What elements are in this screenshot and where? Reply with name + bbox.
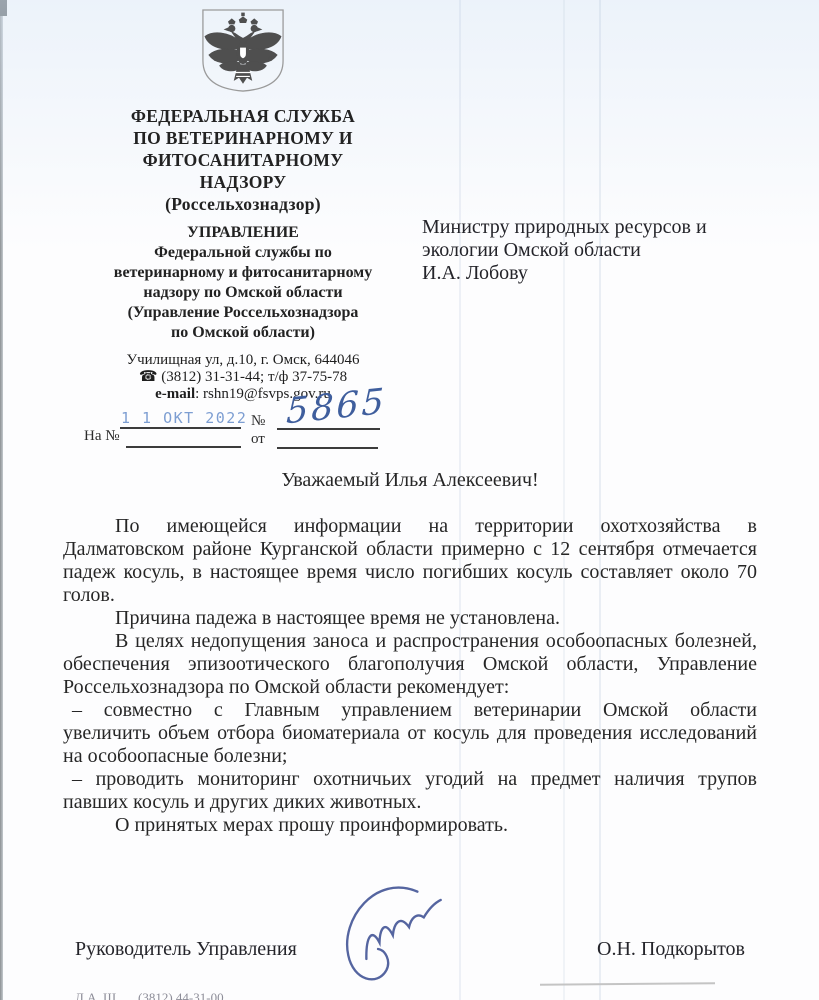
- number-label: №: [251, 413, 265, 430]
- department-line: надзору по Омской области: [75, 283, 411, 303]
- recipient-line: экологии Омской области: [422, 239, 772, 262]
- body-line: обеспечения эпизоотического благополучия…: [63, 653, 757, 676]
- executor-footer: Л.А. Ш: [75, 991, 116, 1000]
- signature-row: Руководитель Управления О.Н. Подкорытов: [75, 938, 745, 961]
- department-line: Федеральной службы по: [75, 243, 411, 263]
- blank-line: [126, 446, 241, 448]
- body-line: По имеющейся информации на территории ох…: [63, 515, 757, 538]
- agency-name: ФЕДЕРАЛЬНАЯ СЛУЖБА ПО ВЕТЕРИНАРНОМУ И ФИ…: [75, 105, 411, 215]
- department-name: УПРАВЛЕНИЕ Федеральной службы по ветерин…: [75, 223, 411, 343]
- agency-line: ПО ВЕТЕРИНАРНОМУ И: [75, 127, 411, 149]
- signer-name: О.Н. Подкорытов: [597, 938, 745, 961]
- letter-body: Уважаемый Илья Алексеевич! По имеющейся …: [63, 469, 757, 837]
- blank-line: [277, 428, 380, 430]
- salutation: Уважаемый Илья Алексеевич!: [63, 469, 757, 492]
- date-stamp: 1 1 ОКТ 2022: [121, 409, 247, 427]
- scan-edge-artifact: [0, 0, 3, 1000]
- letterhead: ФЕДЕРАЛЬНАЯ СЛУЖБА ПО ВЕТЕРИНАРНОМУ И ФИ…: [75, 8, 411, 403]
- recipient-block: Министру природных ресурсов и экологии О…: [422, 216, 772, 285]
- postal-address: Училищная ул, д.10, г. Омск, 644046: [75, 352, 411, 369]
- email-label: e-mail: [155, 386, 195, 402]
- agency-line: ФЕДЕРАЛЬНАЯ СЛУЖБА: [75, 105, 411, 127]
- paragraph: О принятых мерах прошу проинформировать.: [63, 814, 757, 837]
- executor-phone-footer: (3812) 44-31-00: [138, 991, 224, 1000]
- paragraph-bullet: – проводить мониторинг охотничьих угодий…: [63, 768, 757, 814]
- body-line: увеличить объем отбора биоматериала от к…: [63, 722, 757, 745]
- recipient-line: И.А. Лобову: [422, 262, 772, 285]
- reply-to-label: На №: [84, 428, 120, 445]
- paragraph: В целях недопущения заноса и распростран…: [63, 630, 757, 699]
- paragraph: Причина падежа в настоящее время не уста…: [63, 607, 757, 630]
- body-line: павших косуль и других диких животных.: [63, 791, 757, 814]
- paragraph: По имеющейся информации на территории ох…: [63, 515, 757, 607]
- agency-line: ФИТОСАНИТАРНОМУ: [75, 149, 411, 171]
- signer-position: Руководитель Управления: [75, 938, 297, 961]
- handwritten-signature: [322, 880, 457, 993]
- body-line: О принятых мерах прошу проинформировать.: [63, 814, 757, 837]
- blank-line: [120, 427, 241, 429]
- body-line: Россельхознадзора по Омской области реко…: [63, 676, 757, 699]
- department-line: УПРАВЛЕНИЕ: [75, 223, 411, 243]
- coat-of-arms-icon: [195, 8, 291, 99]
- document-page: ФЕДЕРАЛЬНАЯ СЛУЖБА ПО ВЕТЕРИНАРНОМУ И ФИ…: [0, 0, 819, 1000]
- department-line: по Омской области): [75, 323, 411, 343]
- body-line: Причина падежа в настоящее время не уста…: [63, 607, 757, 630]
- signature-underline: [540, 982, 715, 985]
- agency-line: (Россельхознадзор): [75, 193, 411, 215]
- from-label: от: [251, 431, 265, 448]
- body-line: Далматовском районе Курганской области п…: [63, 538, 757, 561]
- body-line: – проводить мониторинг охотничьих угодий…: [63, 768, 757, 791]
- recipient-line: Министру природных ресурсов и: [422, 216, 772, 239]
- body-line: падеж косуль, в настоящее время число по…: [63, 561, 757, 584]
- department-line: (Управление Россельхознадзора: [75, 303, 411, 323]
- body-line: голов.: [63, 584, 757, 607]
- department-line: ветеринарному и фитосанитарному: [75, 263, 411, 283]
- scan-corner-smudge: [0, 0, 7, 16]
- blank-line: [277, 447, 378, 449]
- body-line: В целях недопущения заноса и распростран…: [63, 630, 757, 653]
- body-line: – совместно с Главным управлением ветери…: [63, 699, 757, 722]
- body-line: на особоопасные болезни;: [63, 745, 757, 768]
- agency-line: НАДЗОРУ: [75, 171, 411, 193]
- paragraph-bullet: – совместно с Главным управлением ветери…: [63, 699, 757, 768]
